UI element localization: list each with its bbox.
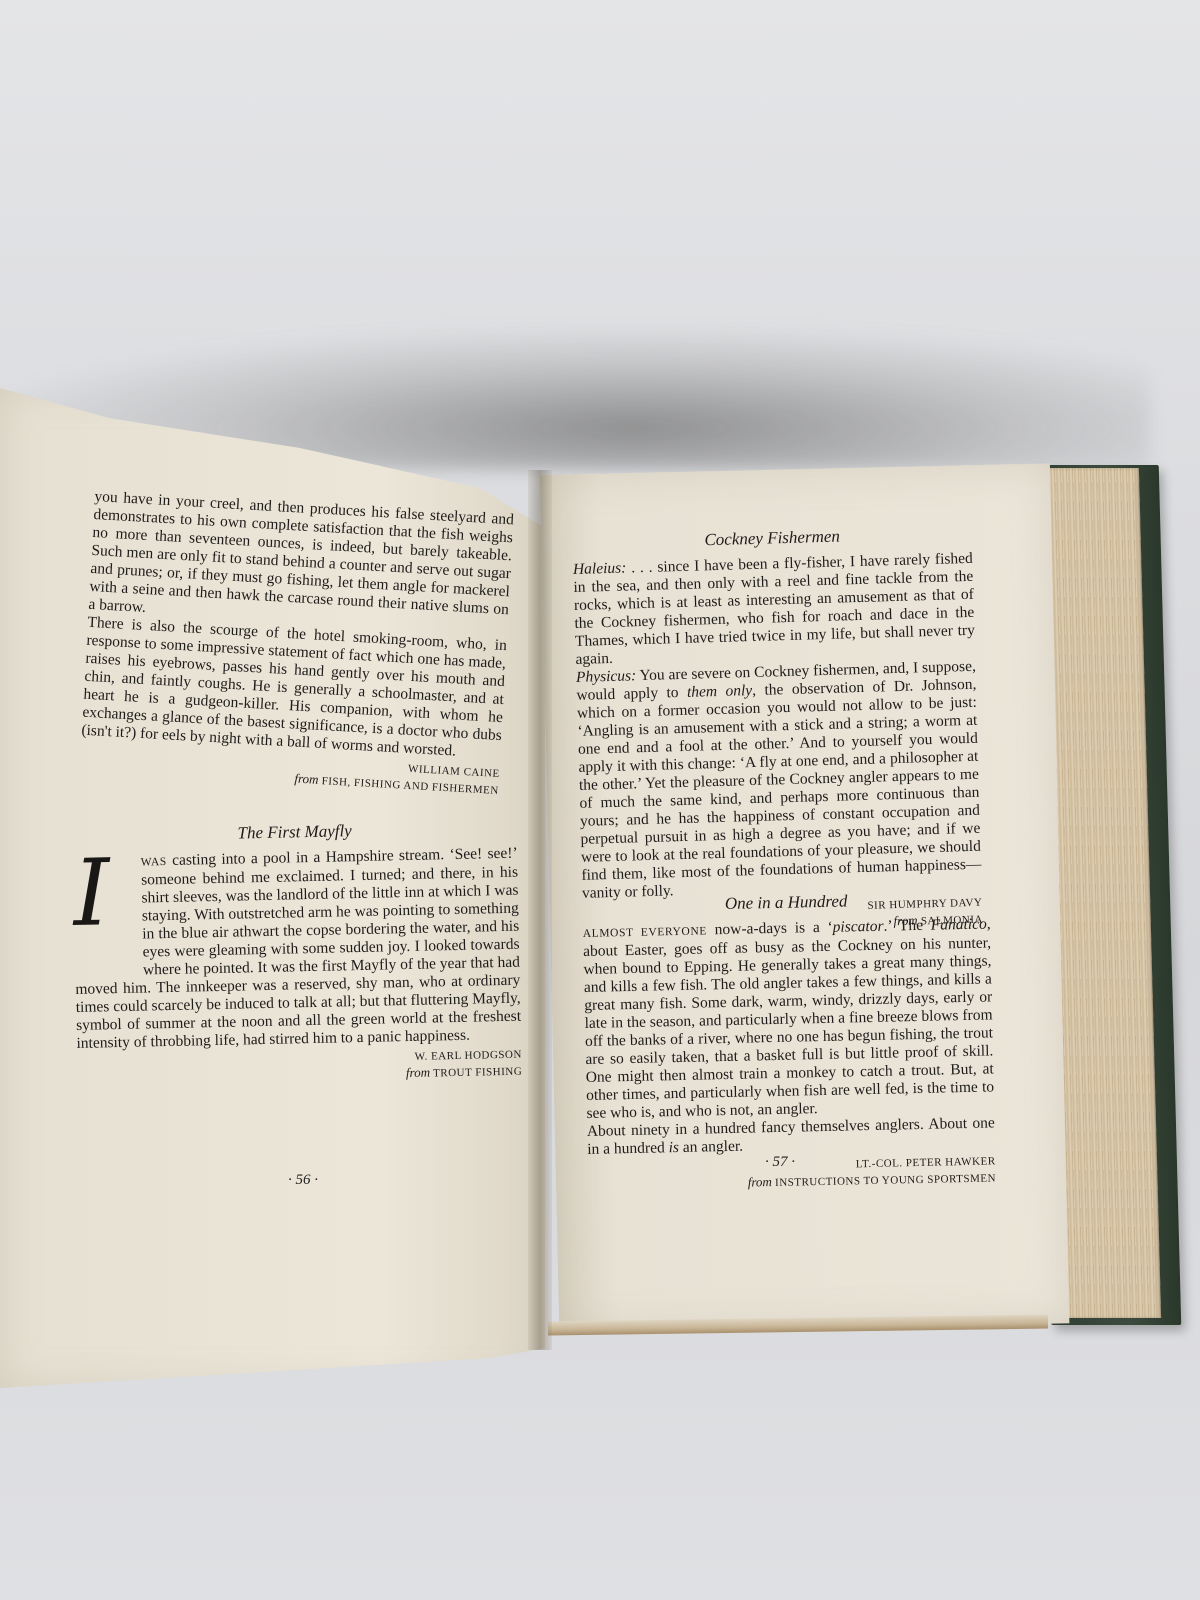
section-first-mayfly: The First Mayfly I was casting into a po… [72, 819, 522, 1089]
section-body: casting into a pool in a Hampshire strea… [75, 845, 521, 1052]
lead-smallcaps: was [141, 856, 167, 869]
body-text: .’ The [883, 917, 931, 935]
ornamental-dropcap: I [73, 853, 135, 964]
source-title: Trout Fishing [433, 1066, 522, 1080]
source-title: Instructions to Young Sportsmen [775, 1172, 996, 1189]
from-label: from [294, 771, 319, 787]
paragraph: About ninety in a hundred fancy themselv… [587, 1114, 996, 1159]
italic-emphasis: them only [687, 682, 753, 701]
dialogue-text: , the observation of Dr. Johnson, which … [577, 676, 982, 902]
italic-emphasis: piscator [833, 918, 884, 936]
body-text: now-a-days is a ‘ [707, 919, 833, 939]
page-number-right: · 57 · [765, 1154, 795, 1171]
speaker-name: Physicus: [576, 667, 637, 686]
italic-emphasis: is [668, 1139, 679, 1156]
paragraph: Haleius: . . . since I have been a fly-f… [573, 550, 976, 669]
dialogue-text: . . . since I have been a fly-fisher, I … [573, 550, 975, 668]
from-label: from [406, 1065, 430, 1081]
book-gutter [528, 470, 552, 1350]
paragraph: I was casting into a pool in a Hampshire… [73, 845, 522, 1053]
body-text: , about Easter, goes off as busy as the … [583, 915, 994, 1122]
lead-smallcaps: Almost everyone [583, 925, 707, 940]
section-one-in-a-hundred: One in a Hundred Almost everyone now-a-d… [582, 889, 996, 1194]
body-text: About ninety in a hundred fancy themselv… [587, 1114, 995, 1158]
body-text: an angler. [679, 1138, 743, 1156]
speaker-name: Haleius: [573, 559, 627, 577]
left-page-continuation: you have in your creel, and then produce… [79, 488, 514, 799]
paragraph: you have in your creel, and then produce… [88, 488, 514, 637]
section-cockney-fishermen: Cockney Fishermen Haleius: . . . since I… [572, 524, 983, 939]
paragraph: There is also the scourge of the hotel s… [81, 614, 507, 763]
page-number-left: · 56 · [288, 1172, 318, 1189]
paragraph: Physicus: You are severe on Cockney fish… [576, 658, 982, 903]
italic-emphasis: Fanatico [931, 916, 987, 934]
paragraph: Almost everyone now-a-days is a ‘piscato… [583, 915, 995, 1123]
from-label: from [748, 1174, 772, 1190]
